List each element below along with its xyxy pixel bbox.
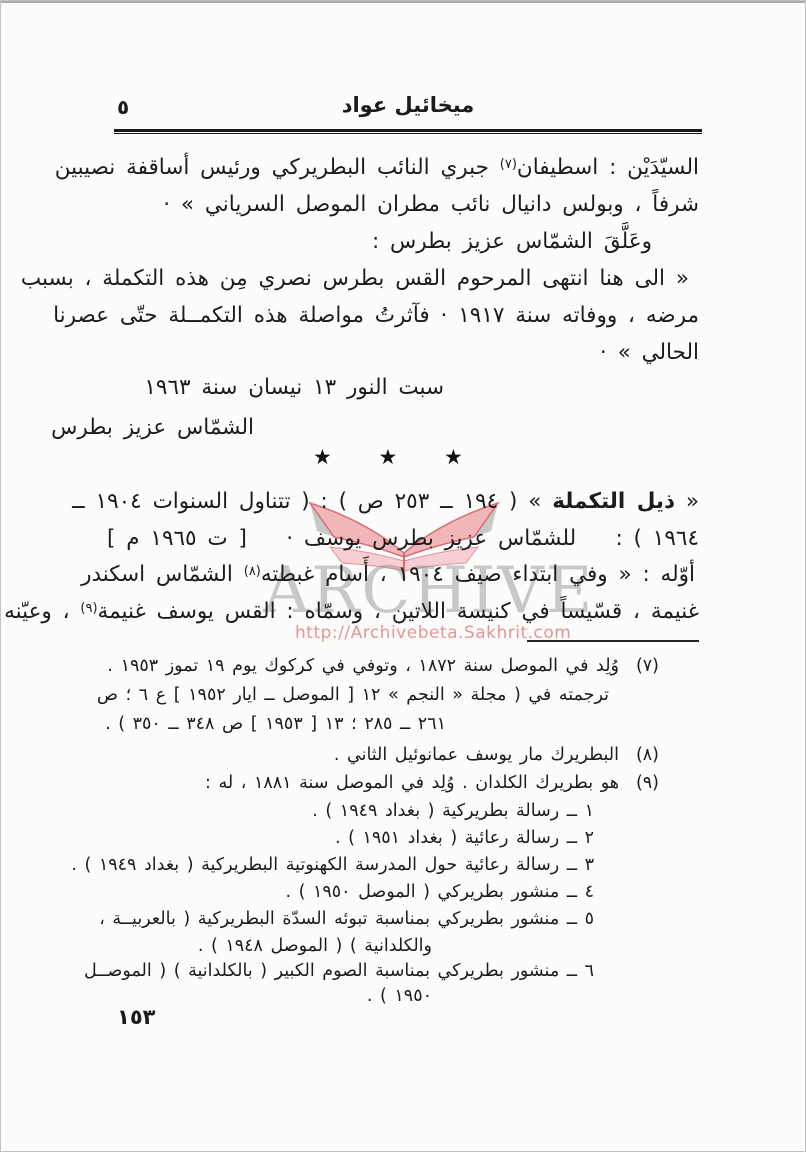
footnote-8-marker: (٨) bbox=[636, 743, 659, 767]
entry-line-1: « ذيل التكملة » ( ١٩٤ ــ ٢٥٣ ص ) : ( تتن… bbox=[72, 487, 699, 517]
footnote-ref-8: (٨) bbox=[244, 564, 261, 579]
entry-death-date-segment: [ ت ١٩٦٥ م ] bbox=[107, 524, 247, 554]
entry-author-segment: للشمّاس عزيز بطرس يوسف · bbox=[286, 524, 576, 554]
footnote-separator-rule bbox=[527, 640, 699, 642]
entry-line-3: أوّله : « وفي ابتداء صيف ١٩٠٤ ، أَسام غب… bbox=[81, 560, 695, 590]
footnote-9-item-5-cont: والكلدانية ) ( الموصل ١٩٤٨ ) . bbox=[198, 934, 432, 958]
header-double-rule bbox=[114, 129, 702, 134]
scanned-book-page: ARCHIVE http://Archivebeta.Sakhrit.com ٥… bbox=[0, 0, 806, 1152]
footnote-9-item-2: ٢ ــ رسالة رعائية ( بغداد ١٩٥١ ) . bbox=[335, 826, 594, 850]
footnote-ref-7: (٧) bbox=[500, 157, 517, 172]
date-line: سبت النور ١٣ نيسان سنة ١٩٦٣ bbox=[144, 373, 444, 403]
body-line-1-text: السيّدَيْن : اسطيفان bbox=[517, 155, 699, 180]
entry-title-bold: ذيل التكملة bbox=[552, 489, 675, 514]
footnote-9-item-6-cont: ١٩٥٠ ) . bbox=[367, 984, 432, 1008]
quote-line-1: « الى هنا انتهى المرحوم القس بطرس نصري م… bbox=[21, 264, 689, 294]
signature-line: الشمّاس عزيز بطرس bbox=[51, 413, 254, 443]
footnote-7-marker: (٧) bbox=[636, 654, 659, 678]
entry-line-3-cont: الشمّاس اسكندر bbox=[81, 562, 244, 587]
quote-line-2: مرضه ، ووفاته سنة ١٩١٧ · فآثرتُ مواصلة ه… bbox=[53, 301, 699, 331]
footnote-7-line-1: وُلِد في الموصل سنة ١٨٧٢ ، وتوفي في كركو… bbox=[107, 654, 619, 678]
footnote-9-item-4: ٤ ــ منشور بطريركي ( الموصل ١٩٥٠ ) . bbox=[285, 880, 594, 904]
entry-line-3-text: أوّله : « وفي ابتداء صيف ١٩٠٤ ، أَسام غب… bbox=[261, 562, 695, 587]
entry-open-quote: « bbox=[675, 489, 699, 514]
quote-line-3: الحالي » · bbox=[600, 338, 699, 368]
section-stars-separator: ★ ★ ★ bbox=[313, 445, 483, 469]
body-line-3: وعَلَّقَ الشمّاس عزيز بطرس : bbox=[372, 227, 652, 257]
footnote-9-item-1: ١ ــ رسالة بطريركية ( بغداد ١٩٤٩ ) . bbox=[312, 799, 594, 823]
footnote-ref-9: (٩) bbox=[80, 601, 97, 616]
footnote-7-line-2: ترجمته في ( مجلة « النجم » ١٢ [ الموصل ـ… bbox=[97, 683, 609, 707]
footnote-9-marker: (٩) bbox=[636, 771, 659, 795]
entry-line-2: ١٩٦٤ ) :للشمّاس عزيز بطرس يوسف ·[ ت ١٩٦٥… bbox=[107, 524, 699, 554]
footnote-9-item-5: ٥ ــ منشور بطريركي بمناسبة تبوئه السدّة … bbox=[99, 907, 594, 931]
body-line-1: السيّدَيْن : اسطيفان(٧) جبري النائب البط… bbox=[55, 153, 699, 183]
footnote-9-line-1: هو بطريرك الكلدان . وُلِد في الموصل سنة … bbox=[205, 771, 619, 795]
entry-line-4: غنيمة ، قسّيساً في كنيسة اللاتين ، وسمّا… bbox=[4, 597, 699, 627]
entry-line-4-cont: ، وعيّنه bbox=[4, 599, 80, 624]
body-line-2: شرفاً ، وبولس دانيال نائب مطران الموصل ا… bbox=[163, 190, 699, 220]
entry-line-4-text: غنيمة ، قسّيساً في كنيسة اللاتين ، وسمّا… bbox=[98, 599, 699, 624]
footnote-9-item-3: ٣ ــ رسالة رعائية حول المدرسة الكهنوتية … bbox=[71, 853, 594, 877]
footnote-7-line-3: ٢٦١ ــ ٢٨٥ ؛ ١٣ [ ١٩٥٣ ] ص ٣٤٨ ــ ٣٥٠ ) … bbox=[105, 712, 446, 736]
entry-line-1-rest: » ( ١٩٤ ــ ٢٥٣ ص ) : ( تتناول السنوات ١٩… bbox=[72, 489, 552, 514]
footnote-9-item-6: ٦ ــ منشور بطريركي بمناسبة الصوم الكبير … bbox=[84, 959, 594, 983]
entry-year-segment: ١٩٦٤ ) : bbox=[615, 524, 699, 554]
page-header-title: ميخائيل عواد bbox=[114, 93, 702, 117]
footnote-8-line-1: البطريرك مار يوسف عمانوئيل الثاني . bbox=[334, 743, 619, 767]
body-line-1-cont: جبري النائب البطريركي ورئيس أساقفة نصيبي… bbox=[55, 155, 500, 180]
footer-page-number: ١٥٣ bbox=[117, 1005, 155, 1029]
